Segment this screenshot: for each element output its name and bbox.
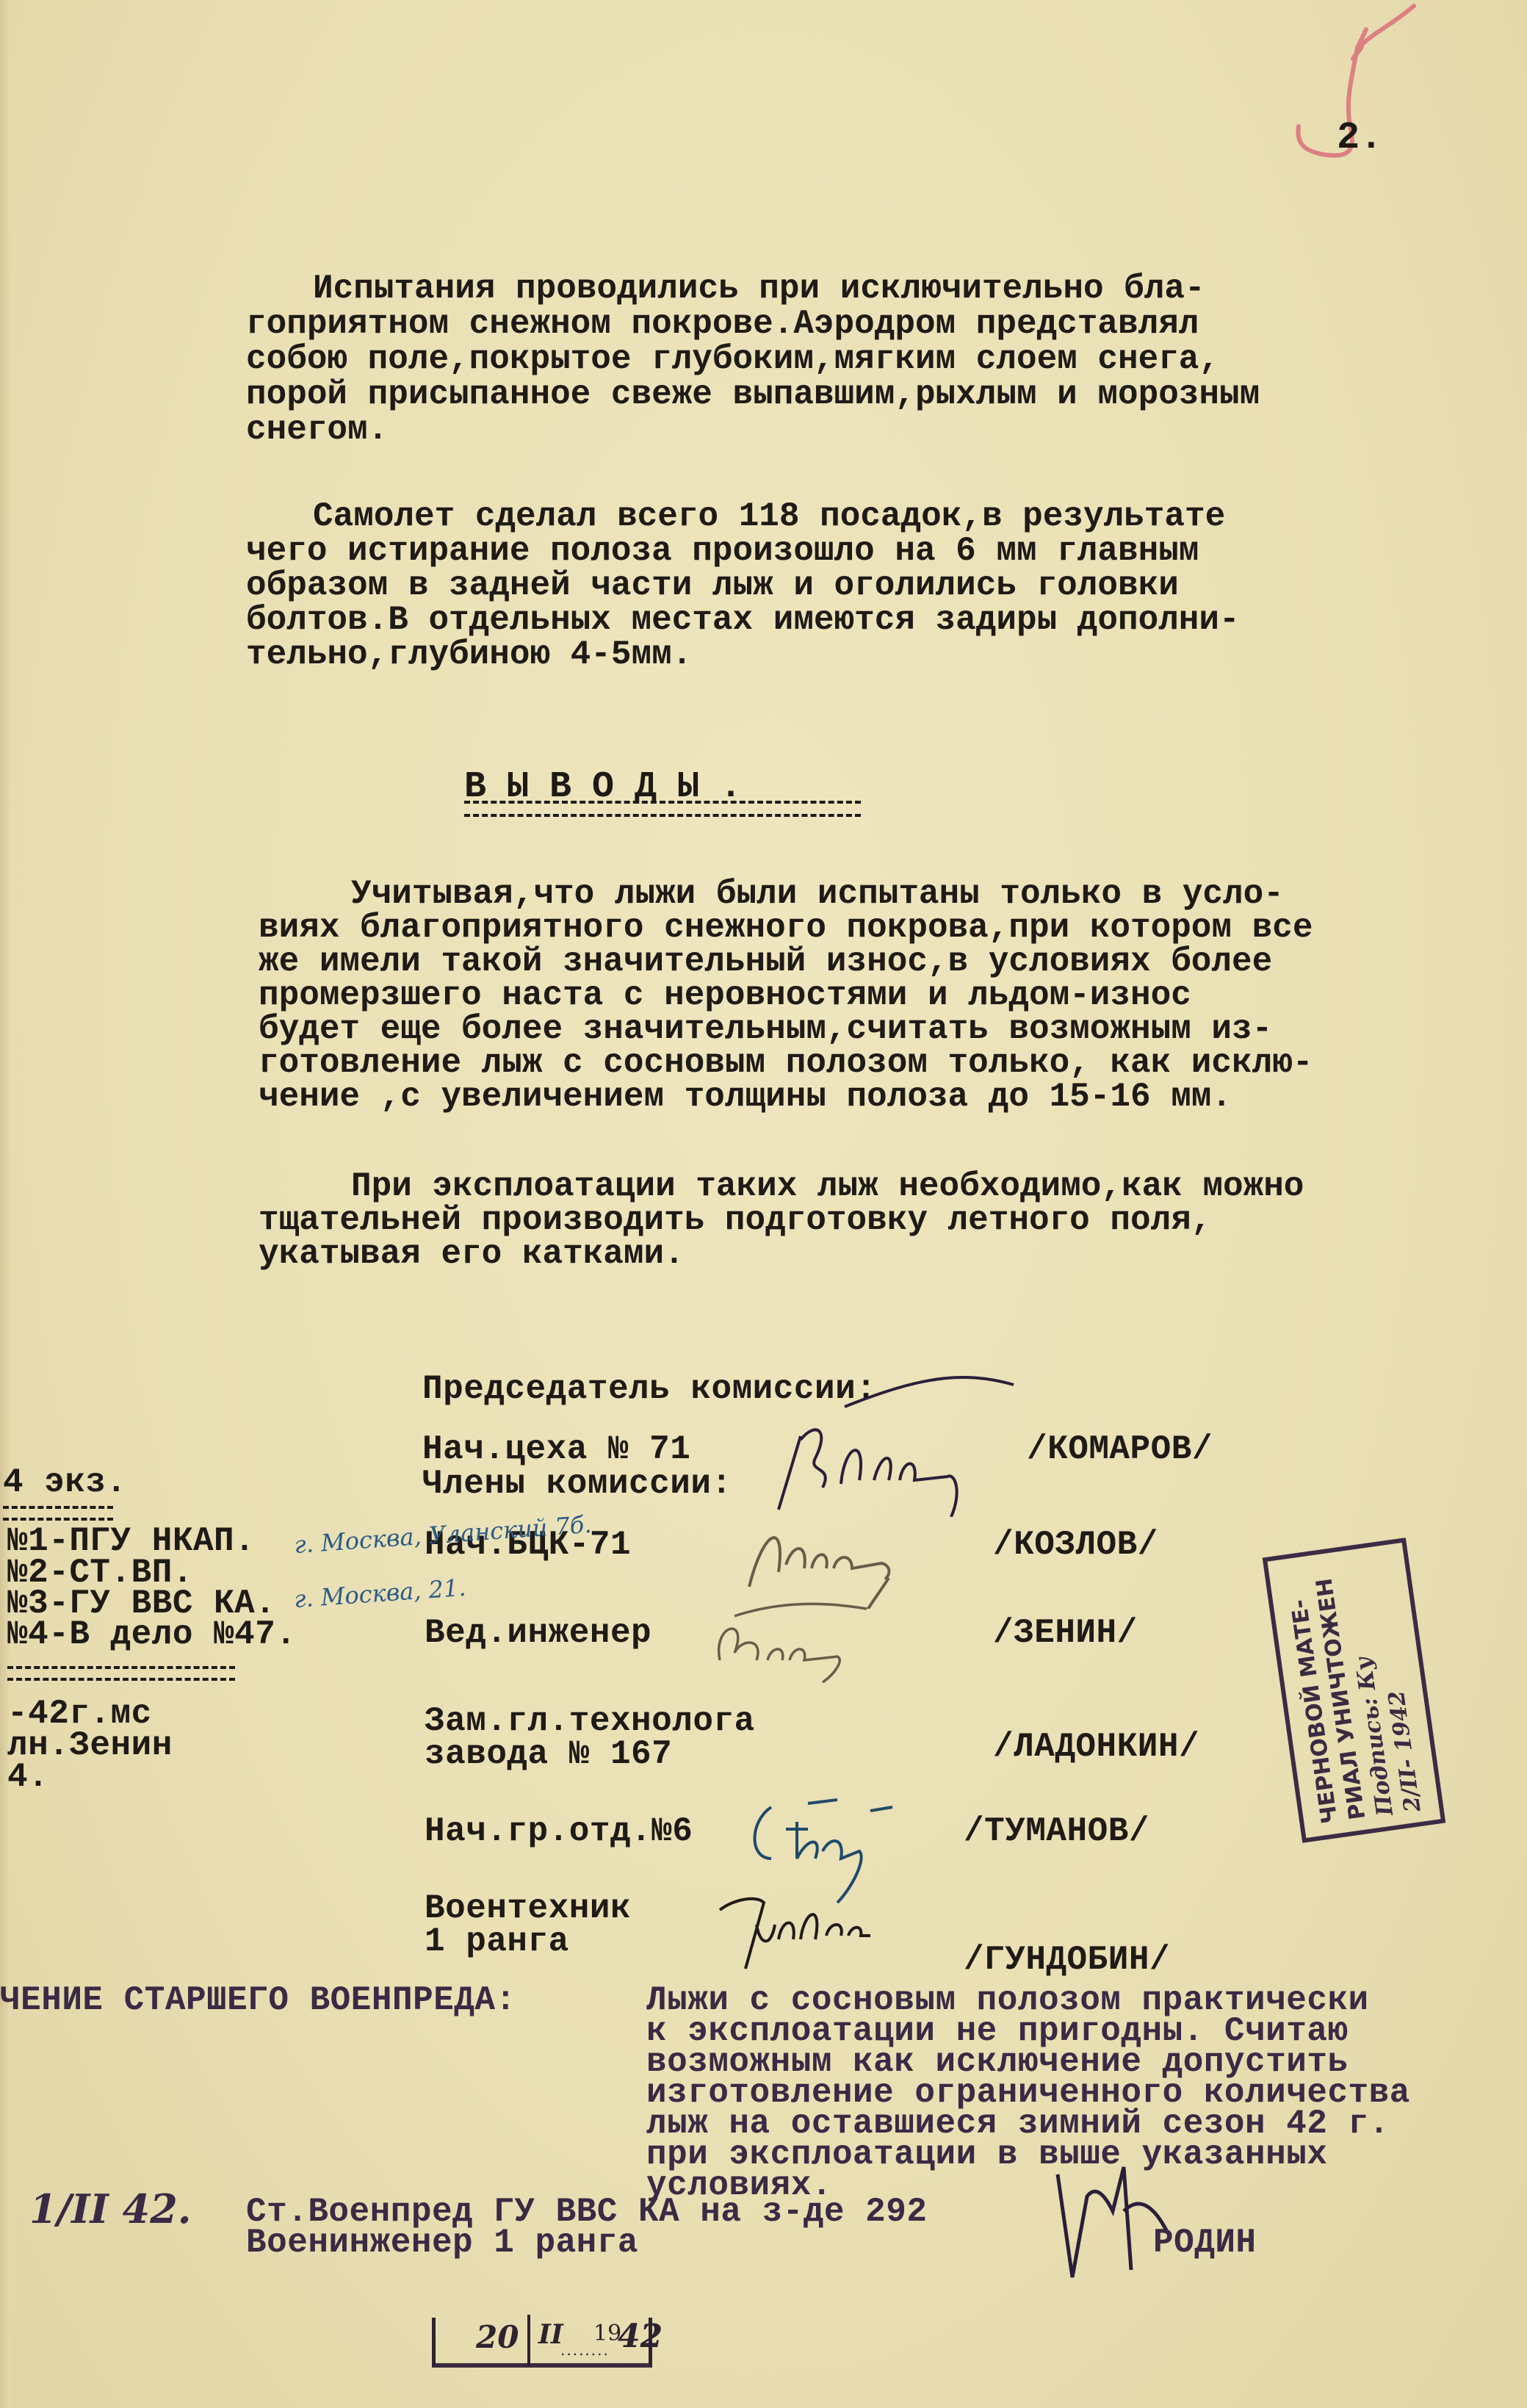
paragraph-2-line-2: чего истирание полоза произошло на 6 мм … <box>246 534 1199 568</box>
paragraph-2-line-1: Самолет сделал всего 118 посадок,в резул… <box>313 500 1225 533</box>
paragraph-3-line-6: готовление лыж с сосновым полозом только… <box>259 1046 1313 1080</box>
conclusion-label: ЧЕНИЕ СТАРШЕГО ВОЕНПРЕДА: <box>0 1983 516 2018</box>
paragraph-3-line-3: же имели такой значительный износ,в усло… <box>259 945 1272 978</box>
conclusion-signer-line-2: Военинженер 1 ранга <box>246 2226 638 2260</box>
paragraph-3-line-4: промерзшего наста с неровностями и льдом… <box>259 978 1191 1012</box>
signer-name-tumanov: /ТУМАНОВ/ <box>964 1814 1149 1849</box>
paragraph-4-line-3: укатывая его катками. <box>259 1237 685 1271</box>
signature-zenin-icon <box>705 1587 925 1690</box>
date-stamp-month: II <box>538 2319 563 2350</box>
date-stamp: 20 II ........ 19 42 <box>432 2318 652 2368</box>
signature-gundobin-icon <box>705 1866 925 1983</box>
page-number: 2. <box>1337 116 1382 159</box>
signer-title-gundobin-line-2: 1 ранга <box>425 1925 569 1959</box>
stamp-signature: Ку <box>1351 1656 1381 1693</box>
handwritten-address-3: г. Москва, 21. <box>293 1574 467 1613</box>
paragraph-1-line-4: порой присыпанное свеже выпавшим,рыхлым … <box>246 378 1260 411</box>
signer-name-komarov: /КОМАРОВ/ <box>1027 1432 1213 1467</box>
signer-title-ladonkin-line-2: завода № 167 <box>425 1737 672 1772</box>
document-page: 2. Испытания проводились при исключитель… <box>0 0 1527 2408</box>
copies-count: 4 экз. <box>3 1466 127 1500</box>
paragraph-2-line-3: образом в задней части лыж и оголились г… <box>246 569 1179 602</box>
paragraph-1-line-1: Испытания проводились при исключительно … <box>313 272 1205 306</box>
signer-title-zenin: Вед.инженер <box>425 1616 651 1651</box>
signer-title-tumanov: Нач.гр.отд.№6 <box>425 1814 693 1849</box>
page-edge <box>0 0 10 2408</box>
conclusion-signer-name: РОДИН <box>1153 2226 1257 2260</box>
margin-handwritten-date: 1/II 42. <box>29 2185 192 2232</box>
paragraph-2-line-4: болтов.В отдельных местах имеются задиры… <box>246 603 1240 637</box>
signature-komarov-icon <box>771 1370 1050 1517</box>
date-stamp-year: 42 <box>618 2318 663 2355</box>
author-line-3: 4. <box>7 1760 48 1795</box>
paragraph-1-line-5: снегом. <box>246 413 388 447</box>
distribution-rule-bottom <box>7 1666 235 1681</box>
paragraph-4-line-2: тщательней производить подготовку летног… <box>259 1203 1211 1237</box>
signer-name-kozlov: /КОЗЛОВ/ <box>993 1528 1158 1562</box>
paragraph-3-line-1: Учитывая,что лыжи были испытаны только в… <box>351 877 1284 911</box>
signer-title-gundobin-line-1: Воентехник <box>425 1892 631 1926</box>
date-stamp-day: 20 <box>476 2319 519 2355</box>
distribution-item-4: №4-В дело №47. <box>7 1618 296 1652</box>
members-label: Члены комиссии: <box>422 1467 732 1502</box>
distribution-number: №4 <box>7 1615 48 1654</box>
signer-title-komarov: Нач.цеха № 71 <box>422 1432 690 1467</box>
heading-double-underline <box>464 801 861 817</box>
distribution-recipient: В дело №47. <box>69 1615 296 1654</box>
distribution-rule-top <box>3 1506 113 1521</box>
paragraph-3-line-5: будет еще более значительным,считать воз… <box>259 1012 1272 1046</box>
date-stamp-divider <box>527 2315 530 2366</box>
signer-name-zenin: /ЗЕНИН/ <box>993 1616 1138 1651</box>
signer-name-gundobin: /ГУНДОБИН/ <box>964 1943 1170 1978</box>
draft-destroyed-stamp: ЧЕРНОВОЙ МАТЕ- РИАЛ УНИЧТОЖЕН Подпись: К… <box>1263 1538 1446 1843</box>
paragraph-3-line-2: виях благоприятного снежного покрова,при… <box>259 911 1313 945</box>
paragraph-1-line-3: собою поле,покрытое глубоким,мягким слое… <box>246 342 1219 376</box>
paragraph-4-line-1: При эксплоатации таких лыж необходимо,ка… <box>351 1169 1304 1203</box>
paragraph-2-line-5: тельно,глубиною 4-5мм. <box>246 638 692 671</box>
signer-title-ladonkin-line-1: Зам.гл.технолога <box>425 1704 755 1739</box>
paragraph-3-line-7: чение ,с увеличением толщины полоза до 1… <box>259 1080 1232 1114</box>
signer-name-ladonkin: /ЛАДОНКИН/ <box>993 1730 1199 1764</box>
paragraph-1-line-2: гоприятном снежном покрове.Аэродром пред… <box>246 307 1199 341</box>
